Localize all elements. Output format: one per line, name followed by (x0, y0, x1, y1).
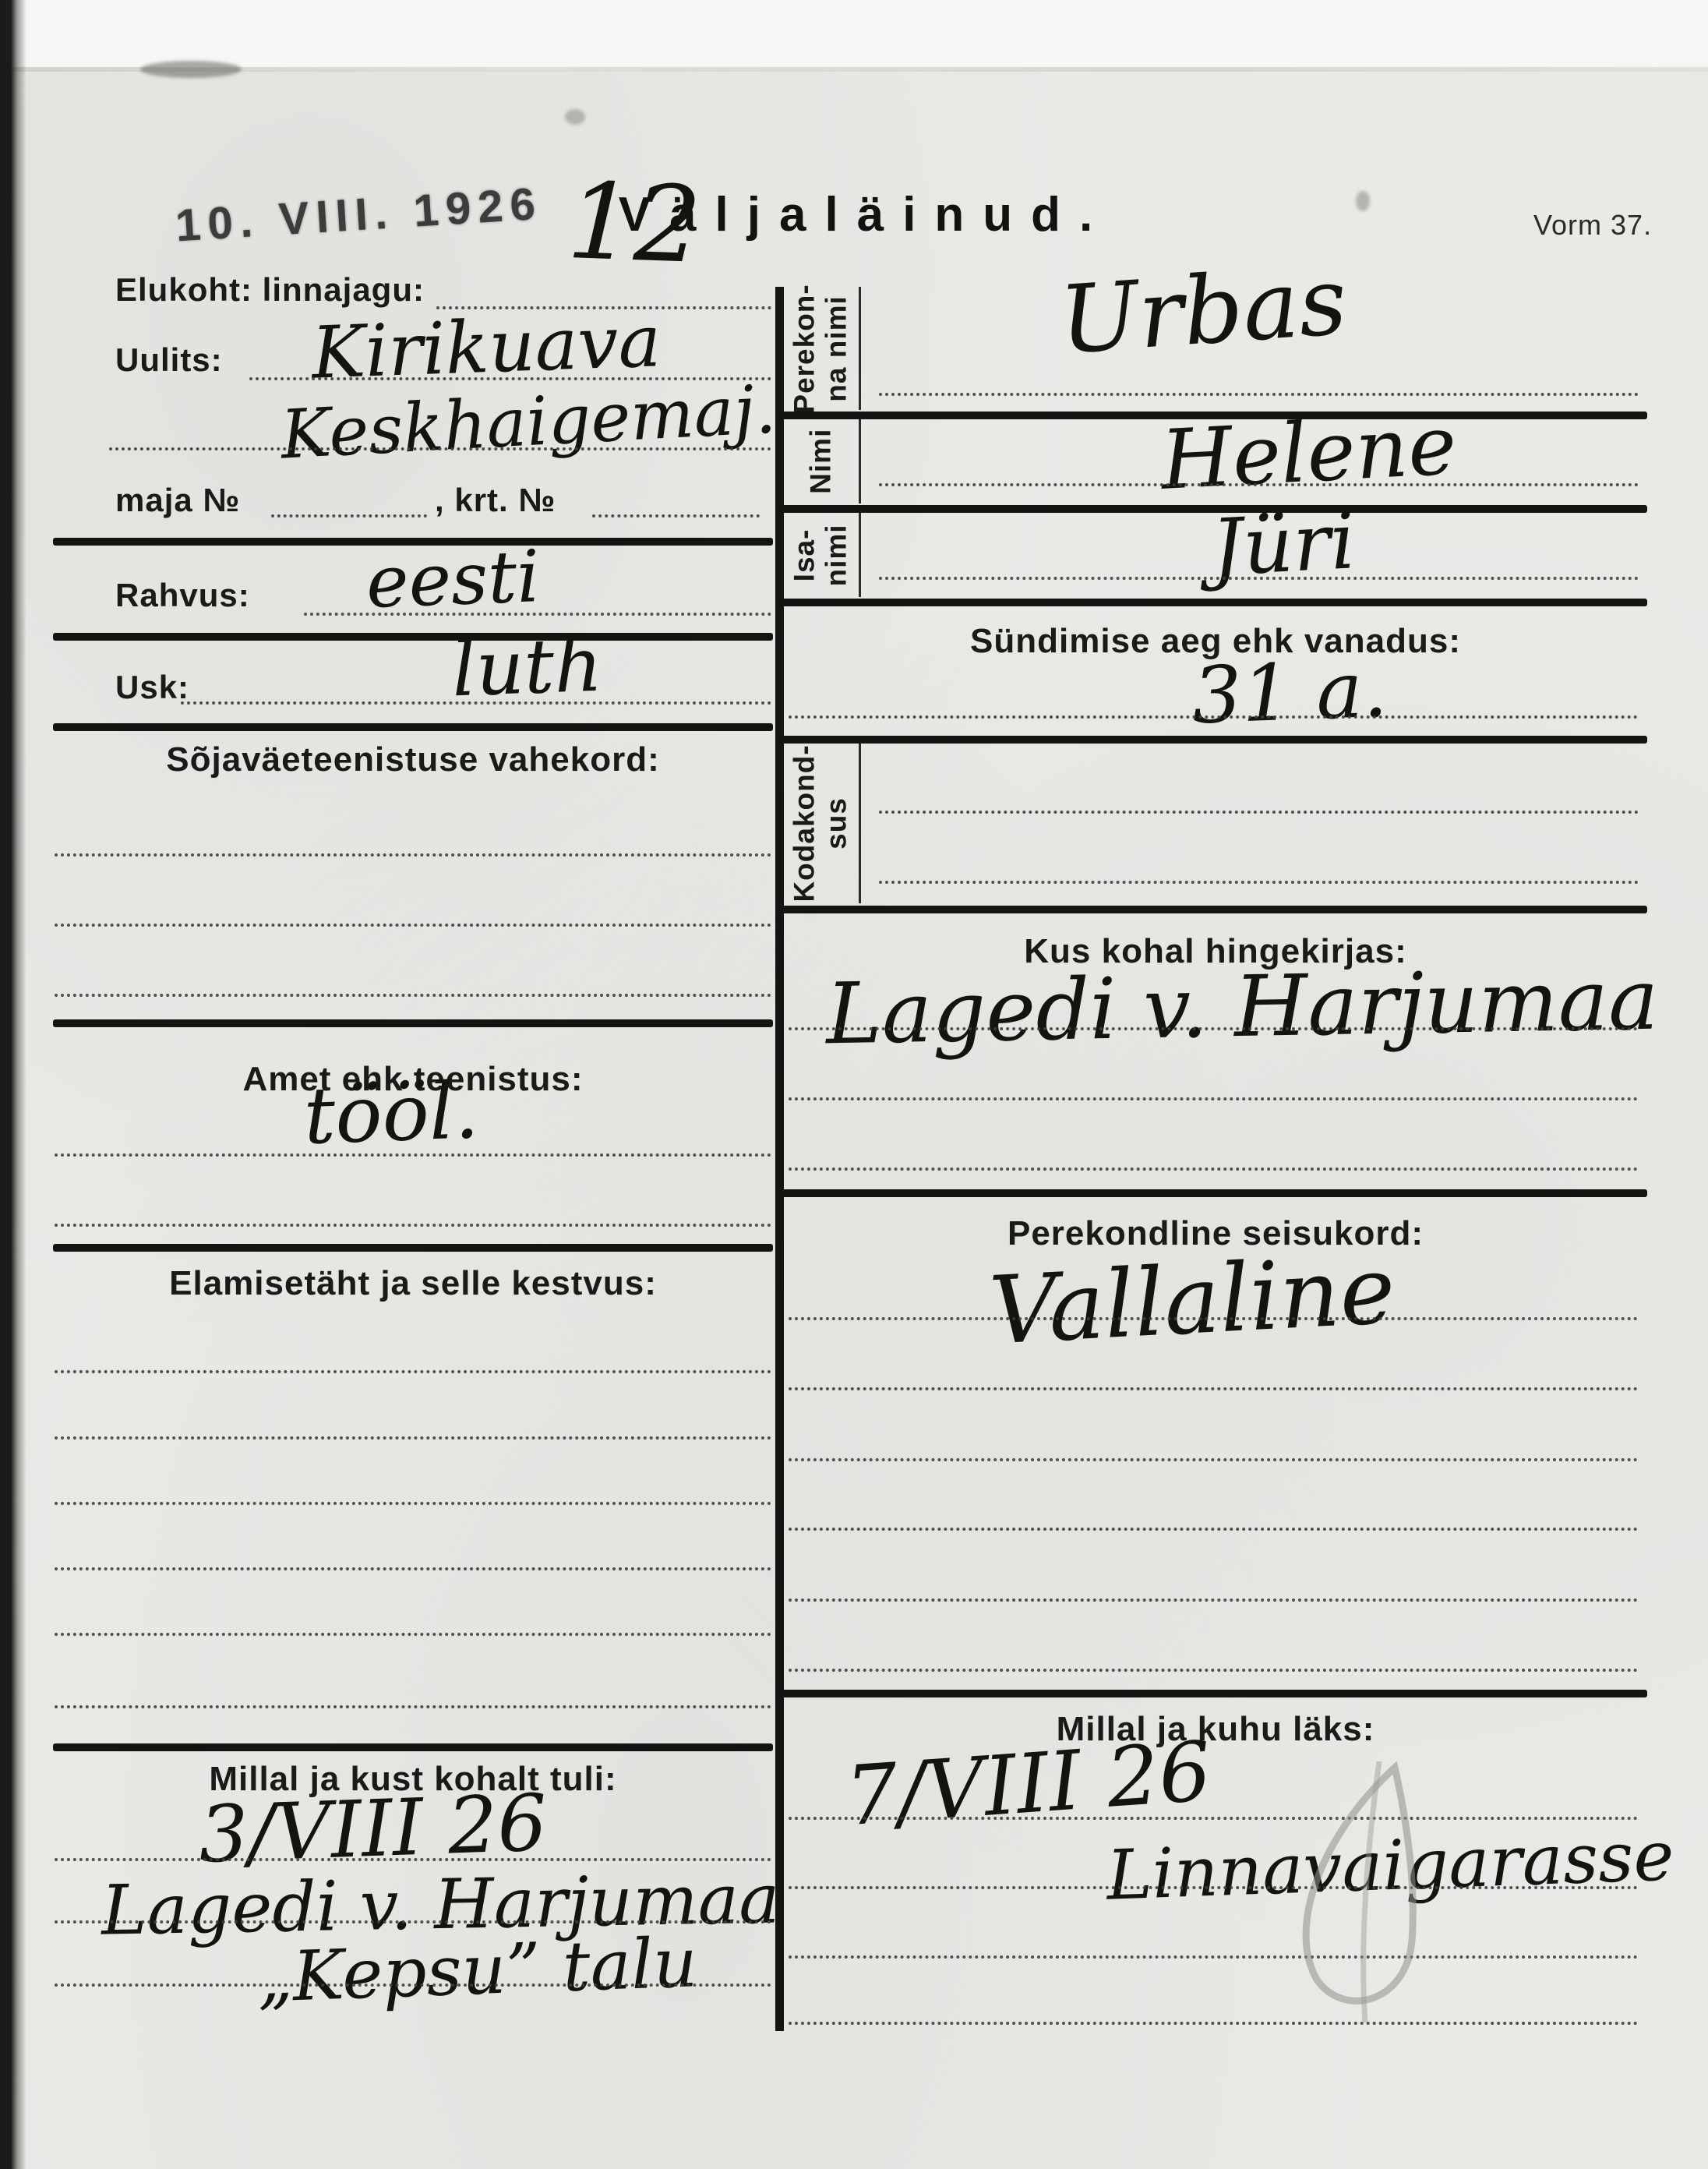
label-separator (859, 513, 861, 597)
pencil-mark (1200, 1761, 1527, 2026)
nimi-label: Nimi (781, 419, 860, 503)
form-number: Vorm 37. (1533, 209, 1652, 242)
dotted-line (55, 1370, 771, 1373)
label-separator (859, 419, 861, 503)
rule (53, 1743, 773, 1751)
dotted-line (55, 1153, 771, 1157)
elukoht-label: Elukoht: linnajagu: (115, 271, 425, 309)
elamistaht-heading: Elamisetäht ja selle kestvus: (53, 1264, 773, 1303)
laks-heading: Millal ja kuhu läks: (787, 1710, 1644, 1749)
dotted-line (55, 1567, 771, 1570)
dotted-line (789, 1387, 1638, 1390)
dotted-line (592, 514, 760, 518)
dotted-line (181, 701, 771, 705)
dotted-line (789, 1168, 1638, 1171)
tuli-value-3: „Kepsu” talu (256, 1922, 698, 2018)
label-separator (859, 744, 861, 903)
dotted-line (879, 393, 1639, 396)
uulits-label: Uulits: (115, 341, 223, 379)
dotted-line (789, 1528, 1638, 1531)
sojavae-heading: Sõjaväeteenistuse vahekord: (53, 740, 773, 779)
rule (779, 736, 1647, 744)
dotted-line (879, 881, 1639, 884)
maja-label: maja № (115, 482, 240, 519)
rahvus-value: eesti (365, 535, 541, 624)
hingekirjas-value: Lagedi v. Harjumaa (825, 952, 1659, 1064)
dotted-line (879, 483, 1639, 486)
dotted-line (789, 715, 1638, 719)
isanimi-label: Isa- nimi (781, 513, 860, 597)
dotted-line (55, 1984, 771, 1987)
dotted-line (304, 613, 771, 616)
dotted-line (789, 1027, 1638, 1030)
paper-torn-edge (0, 67, 1708, 72)
dotted-line (789, 1458, 1638, 1461)
krt-label: , krt. № (435, 482, 556, 519)
rule (53, 723, 773, 731)
usk-value: luth (450, 621, 604, 714)
rule (779, 906, 1647, 913)
dotted-line (789, 1097, 1638, 1100)
smudge-mark (140, 61, 242, 78)
rule (53, 1244, 773, 1252)
rule (779, 599, 1647, 606)
dotted-line (789, 1669, 1638, 1672)
dotted-line (109, 447, 771, 450)
dotted-line (55, 994, 771, 997)
dotted-line (789, 1317, 1638, 1320)
dotted-line (55, 1436, 771, 1440)
dotted-line (55, 1633, 771, 1636)
usk-label: Usk: (115, 669, 189, 706)
rahvus-label: Rahvus: (115, 577, 250, 614)
rule (53, 1019, 773, 1027)
dotted-line (55, 1224, 771, 1227)
scan-left-edge (0, 0, 26, 2169)
nimi-value: Helene (1159, 397, 1459, 508)
seisukord-value: Vallaline (987, 1236, 1398, 1365)
rule (779, 1690, 1647, 1697)
dotted-line (55, 924, 771, 927)
dotted-line (879, 577, 1639, 580)
kodakondsus-label: Kodakond- sus (781, 744, 860, 903)
perekonnanimi-value: Urbas (1057, 247, 1350, 375)
elukoht-value: 12 (565, 160, 703, 287)
dotted-line (55, 1502, 771, 1505)
dotted-line (879, 811, 1639, 814)
dotted-line (55, 853, 771, 857)
dotted-line (55, 1705, 771, 1708)
dotted-line (271, 514, 427, 518)
dotted-line (789, 1598, 1638, 1602)
label-separator (859, 287, 861, 410)
amet-value: tööl. (302, 1065, 480, 1162)
rule (779, 1189, 1647, 1197)
perekonnanimi-label: Perekon- na nimi (781, 287, 860, 410)
smudge-mark (1356, 191, 1370, 211)
rule (53, 633, 773, 641)
smudge-mark (565, 109, 585, 125)
sundimise-value: 31 a. (1191, 644, 1389, 742)
